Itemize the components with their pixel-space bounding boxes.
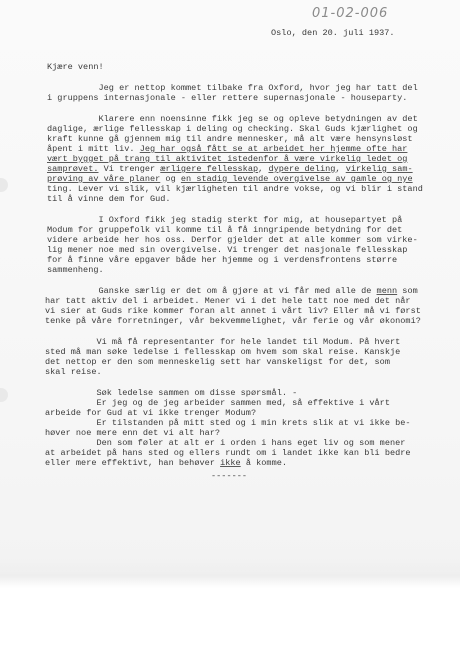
paragraph-3-line: I Oxford fikk jeg stadig sterkt for mig,… [47,215,402,225]
underlined-text: ikke [220,458,241,468]
text-span: , [335,164,345,174]
paragraph-4-line: Ganske særlig er det om å gjøre at vi få… [47,286,418,296]
underlined-text: Jeg har også fått se at arbeidet her hje… [140,144,408,154]
paragraph-6-line: eller mere effektivt, han behøver ikke å… [45,458,287,468]
text-span: Vi trenger [99,164,161,174]
underlined-text: menn [377,286,398,296]
paragraph-1-line: i gruppens internasjonale - eller retter… [47,93,407,103]
paragraph-3-line: for å finne våre epgaver både her hjemme… [47,255,397,265]
paragraph-1-line: Jeg er nettop kommet tilbake fra Oxford,… [47,83,418,93]
paragraph-2-line: kraft kunne gå gjennem mig til andre men… [47,134,413,144]
text-span: eller mere effektivt, han behøver [45,458,220,468]
paragraph-3-line: videre arbeide her hos oss. Derfor gjeld… [47,235,418,245]
paragraph-3-line: lig mener noe med sin overgivelse. Vi tr… [47,245,407,255]
paragraph-2-line: Klarere enn noensinne fikk jeg se og opl… [47,114,418,124]
paragraph-5-line: Vi må få representanter for hele landet … [45,337,400,347]
paragraph-4-line: vi sier at Guds rike kommer foran alt an… [45,306,421,316]
paragraph-6-line: Er jeg og de jeg arbeider sammen med, så… [45,398,390,408]
paragraph-4-line: tenke på våre forretninger, vår bekvemme… [45,316,421,326]
section-separator: ------- [211,471,247,481]
paragraph-6-line: høver noe mere enn det vi alt har? [45,428,220,438]
text-span: Ganske særlig er det om å gjøre at vi få… [47,286,377,296]
punch-hole-mark [0,388,8,402]
text-span: , [258,164,268,174]
paragraph-6-line: arbeide for Gud at vi ikke trenger Modum… [45,408,256,418]
text-span: som [397,286,418,296]
paragraph-2-line: ting. Lever vi slik, vil kjærligheten ti… [47,184,423,194]
text-span: å komme. [241,458,287,468]
dateline: Oslo, den 20. juli 1937. [271,28,395,38]
paragraph-3-line: Modum for gruppefolk vil komme til å få … [47,225,402,235]
underlined-text: ærligere fellesskap [160,164,258,174]
scanned-letter-page: 01-02-006 Oslo, den 20. juli 1937. Kjære… [0,0,460,588]
paragraph-3-line: sammenheng. [47,265,104,275]
paragraph-6-line: Søk ledelse sammen om disse spørsmål. - [45,388,297,398]
paragraph-2-line: prøving av våre planer og en stadig leve… [47,174,413,184]
archive-reference: 01-02-006 [312,6,388,21]
paragraph-2-line: daglige, ærlige fellesskap i deling og c… [47,124,418,134]
paragraph-2-line: samprøvet. Vi trenger ærligere fellesska… [47,164,413,174]
paragraph-5-line: skal reise. [45,367,102,377]
paragraph-2-line-underlined: vært bygget på trang til aktivitet isted… [47,154,407,164]
paragraph-6-line: at arbeidet på hans sted og ellers rundt… [45,448,411,458]
underlined-text: prøving av våre planer [47,174,160,184]
paragraph-5-line: sted må man søke ledelse i fellesskap om… [45,347,400,357]
paragraph-5-line: det nettop er den som menneskelig sett h… [45,357,390,367]
paragraph-2-line: åpent i mitt liv. Jeg har også fått se a… [47,144,407,154]
underlined-text: samprøvet. [47,164,99,174]
underlined-text: virkelig sam- [346,164,413,174]
paragraph-2-line: til å vinne dem for Gud. [47,194,171,204]
salutation: Kjære venn! [47,62,104,72]
text-span: åpent i mitt liv. [47,144,140,154]
paragraph-6-line: Er tilstanden på mitt sted og i min kret… [45,418,411,428]
text-span: og [160,174,181,184]
punch-hole-mark [0,178,8,192]
underlined-text: en stadig levende overgivelse av gamle o… [181,174,413,184]
underlined-text: dypere deling [268,164,335,174]
paragraph-6-line: Den som føler at alt er i orden i hans e… [45,438,405,448]
paragraph-4-line: har tatt aktiv del i arbeidet. Mener vi … [45,296,411,306]
